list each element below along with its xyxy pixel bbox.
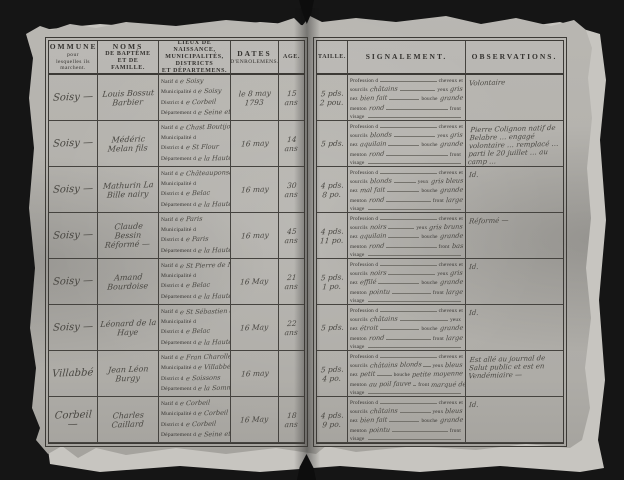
commune-cell: Soisy — — [49, 167, 98, 213]
nez-label: nez — [350, 187, 358, 195]
header-signalement: SIGNALEMENT. — [348, 41, 466, 75]
district-value: e Belac — [185, 281, 210, 291]
municipalite-line: Municipalité d — [161, 272, 228, 282]
yeux-value: gris — [450, 131, 463, 140]
bouche-value: grande — [439, 94, 463, 103]
front-label: front — [450, 427, 461, 435]
blank-rule — [368, 297, 461, 302]
municipalite-label: Municipalité d — [161, 180, 196, 190]
front-value: bas — [451, 241, 463, 250]
natif-label: Natif d — [161, 124, 178, 134]
bouche-value: grande — [439, 186, 463, 195]
natif-label: Natif d — [161, 170, 178, 180]
municipalite-label: Municipalité d — [161, 364, 196, 374]
sourcils-value: châtains — [369, 85, 397, 94]
departement-label: Département d — [161, 293, 196, 303]
front-value: large — [446, 287, 464, 296]
blank-rule — [380, 261, 436, 266]
name-cell: Mathurin La Bille nairy — [98, 167, 159, 213]
natif-value: e St Pierre de Malestroye — [179, 260, 231, 272]
blank-rule — [388, 142, 419, 147]
birthplace-cell: Natif d e St Pierre de Malestroye Munici… — [159, 259, 231, 305]
municipalite-label: Municipalité d — [161, 134, 196, 144]
profession-line: Profession d cheveux et — [350, 77, 463, 85]
blank-rule — [380, 399, 436, 404]
sourcils-value: châtains — [369, 315, 397, 324]
blank-rule — [394, 133, 436, 138]
blank-rule — [389, 418, 419, 423]
departement-value: e la Haute Vienne — [198, 199, 231, 210]
yeux-label: yeux — [416, 224, 427, 232]
menton-line: menton rond front — [350, 150, 463, 159]
district-line: District d e Belac — [161, 189, 228, 200]
sourcils-label: sourcils — [350, 132, 368, 140]
header-age: AGE. — [279, 41, 304, 75]
nez-line: nez aquilain bouche grande — [350, 140, 463, 149]
header-noms: NOMS DE BAPTÊME ET DE FAMILLE. — [98, 41, 159, 75]
menton-label: menton — [350, 381, 367, 389]
municipalite-line: Municipalité d — [161, 180, 228, 190]
district-label: District d — [161, 282, 184, 292]
bouche-label: bouche — [421, 279, 437, 287]
menton-value: rond — [368, 103, 384, 112]
natif-line: Natif d e Corbeil — [161, 399, 228, 410]
visage-label: visage — [350, 159, 364, 167]
menton-label: menton — [350, 427, 367, 435]
header-signalement-title: SIGNALEMENT. — [366, 53, 448, 61]
municipalite-label: Municipalité d — [161, 226, 196, 236]
blank-rule — [386, 151, 448, 156]
blank-rule — [380, 326, 419, 331]
nez-line: nez mal fait bouche grande — [350, 186, 463, 195]
menton-value: rond — [368, 333, 384, 342]
departement-value: e Seine et Oise — [198, 107, 231, 118]
profession-line: Profession d cheveux et — [350, 169, 463, 177]
commune-cell: Soisy — — [49, 305, 98, 351]
signalement-cell: Profession d cheveux et sourcils châtain… — [348, 305, 466, 351]
nez-value: aquilain — [359, 232, 386, 241]
observation-cell: Id. — [466, 167, 563, 213]
district-line: District d e Paris — [161, 235, 228, 246]
yeux-value: bleus — [445, 361, 463, 370]
signalement-cell: Profession d cheveux et sourcils blonds … — [348, 121, 466, 167]
departement-line: Département d e la Haute Vienne — [161, 200, 228, 211]
observation-cell: Id. — [466, 305, 563, 351]
bouche-label: bouche — [394, 371, 410, 379]
visage-line: visage — [350, 343, 463, 351]
natif-value: e Paris — [179, 215, 202, 225]
header-taille: TAILLE. — [317, 41, 348, 75]
district-label: District d — [161, 421, 184, 431]
age-cell — [279, 351, 304, 397]
district-value: e Soissons — [185, 373, 220, 383]
sourcils-line: sourcils châtains yeux — [350, 315, 463, 324]
municipalite-value: e Corbeil — [198, 409, 229, 419]
yeux-value: gris bruns — [429, 223, 463, 232]
blank-rule — [388, 234, 419, 239]
bouche-value: petite moyenne — [412, 370, 464, 380]
sourcils-line: sourcils blonds yeux gris bleus — [350, 177, 463, 186]
nez-value: bien fait — [359, 416, 387, 425]
natif-line: Natif d e Chast Boutijou — [161, 123, 228, 134]
nez-value: petit — [359, 370, 375, 379]
menton-label: menton — [350, 197, 367, 205]
departement-label: Département d — [161, 109, 196, 119]
blank-rule — [400, 87, 436, 92]
menton-line: menton rond front bas — [350, 242, 463, 251]
blank-rule — [380, 215, 436, 220]
departement-value: e Seine et Oise — [198, 429, 231, 440]
blank-rule — [386, 197, 431, 202]
menton-label: menton — [350, 105, 367, 113]
taille-cell: 5 pds. — [317, 305, 348, 351]
natif-value: e Chast Boutijou — [179, 122, 231, 133]
visage-label: visage — [350, 297, 364, 305]
blank-rule — [380, 77, 436, 82]
header-communes: COMMUNES pour lesquelles ils marchent. — [49, 41, 98, 75]
taille-cell: 4 pds. 8 po. — [317, 167, 348, 213]
header-observations: OBSERVATIONS. — [466, 41, 563, 75]
name-cell: Louis Bossut Barbier — [98, 75, 159, 121]
header-taille-title: TAILLE. — [318, 54, 346, 61]
blank-rule — [386, 335, 431, 340]
district-value: e Paris — [185, 235, 208, 245]
district-label: District d — [161, 375, 184, 385]
district-line: District d e Corbeil — [161, 98, 228, 109]
header-noms-sub2: ET DE FAMILLE. — [100, 58, 156, 72]
nez-line: nez effilé bouche grande — [350, 278, 463, 287]
header-communes-sub2: lesquelles ils marchent. — [51, 59, 95, 71]
profession-line: Profession d cheveux et — [350, 399, 463, 407]
blank-rule — [394, 179, 416, 184]
blank-rule — [413, 381, 416, 386]
name-cell: Amand Bourdoise — [98, 259, 159, 305]
departement-value: e la Haute Saône — [198, 245, 231, 256]
bouche-value: grande — [439, 416, 463, 425]
signalement-cell: Profession d cheveux et sourcils noirs y… — [348, 259, 466, 305]
departement-label: Département d — [161, 247, 196, 257]
sourcils-value: blonds — [369, 177, 391, 186]
front-value: marqué de petite vérole — [431, 379, 466, 389]
front-label: front — [433, 197, 444, 205]
blank-rule — [368, 343, 461, 348]
commune-cell: Villabbé — [49, 351, 98, 397]
district-label: District d — [161, 99, 184, 109]
menton-label: menton — [350, 243, 367, 251]
departement-line: Département d e la Haute Vienne — [161, 338, 228, 349]
municipalite-line: Municipalité d e Soisy — [161, 87, 228, 98]
departement-line: Département d e Seine et Oise — [161, 108, 228, 119]
municipalite-line: Municipalité d e Corbeil — [161, 409, 228, 420]
blank-rule — [387, 188, 420, 193]
blank-rule — [368, 389, 461, 394]
profession-line: Profession d cheveux et — [350, 307, 463, 315]
natif-line: Natif d e St Sébastien de Malestroye — [161, 307, 228, 318]
sourcils-line: sourcils blonds yeux gris — [350, 131, 463, 140]
sourcils-label: sourcils — [350, 86, 368, 94]
municipalite-label: Municipalité d — [161, 272, 196, 282]
municipalite-value: e Villabbé — [198, 363, 231, 373]
nez-label: nez — [350, 141, 358, 149]
yeux-value: bleus — [445, 407, 463, 416]
yeux-label: yeux — [418, 178, 429, 186]
sourcils-line: sourcils châtains yeux gris — [350, 85, 463, 94]
visage-line: visage — [350, 251, 463, 259]
header-noms-title: NOMS — [113, 43, 144, 51]
header-dates-title: DATES — [237, 50, 271, 58]
natif-label: Natif d — [161, 78, 178, 88]
birthplace-cell: Natif d e Soisy Municipalité d e Soisy D… — [159, 75, 231, 121]
blank-rule — [392, 427, 448, 432]
district-label: District d — [161, 328, 184, 338]
commune-cell: Soisy — — [49, 259, 98, 305]
header-lieux-line1: LIEUX DE NAISSANCE, — [161, 41, 228, 54]
nez-line: nez étroit bouche grande — [350, 324, 463, 333]
signalement-cell: Profession d cheveux et sourcils châtain… — [348, 75, 466, 121]
visage-label: visage — [350, 435, 364, 443]
bouche-label: bouche — [421, 325, 437, 333]
enrollment-date-cell: 16 May — [231, 397, 279, 443]
nez-label: nez — [350, 95, 358, 103]
blank-rule — [386, 243, 436, 248]
blank-rule — [378, 280, 419, 285]
departement-line: Département d e Seine et Oise — [161, 430, 228, 441]
birthplace-cell: Natif d e Paris Municipalité d District … — [159, 213, 231, 259]
nez-label: nez — [350, 417, 358, 425]
blank-rule — [380, 307, 436, 312]
natif-value: e Châteauponsac — [179, 168, 231, 179]
sourcils-label: sourcils — [350, 408, 368, 416]
menton-value: pointu — [368, 287, 390, 296]
nez-line: nez petit bouche petite moyenne — [350, 370, 463, 379]
district-label: District d — [161, 144, 184, 154]
natif-line: Natif d e Fran Charolle — [161, 353, 228, 364]
observation-cell: Id. — [466, 397, 563, 443]
enrollment-date-cell: 16 May — [231, 259, 279, 305]
municipalite-label: Municipalité d — [161, 88, 196, 98]
blank-rule — [423, 363, 430, 368]
nez-label: nez — [350, 279, 358, 287]
front-label: front — [439, 243, 450, 251]
district-label: District d — [161, 236, 184, 246]
bouche-label: bouche — [421, 187, 437, 195]
municipalite-line: Municipalité d — [161, 134, 228, 144]
departement-label: Département d — [161, 385, 196, 395]
cheveux-label: cheveux et — [439, 307, 463, 315]
visage-label: visage — [350, 389, 364, 397]
departement-label: Département d — [161, 201, 196, 211]
district-value: e St Flour — [185, 143, 219, 153]
left-page-table: COMMUNES pour lesquelles ils marchent. N… — [48, 40, 305, 444]
nez-label: nez — [350, 371, 358, 379]
departement-value: e la Haute Vienne — [198, 337, 231, 348]
profession-label: Profession d — [350, 215, 378, 223]
profession-label: Profession d — [350, 123, 378, 131]
observation-cell: Réformé — — [466, 213, 563, 259]
district-value: e Corbeil — [185, 419, 216, 429]
natif-line: Natif d e Châteauponsac — [161, 169, 228, 180]
nez-line: nez bien fait bouche grande — [350, 416, 463, 425]
profession-label: Profession d — [350, 399, 378, 407]
bouche-label: bouche — [421, 95, 437, 103]
departement-line: Département d e la Haute Vienne — [161, 292, 228, 303]
visage-line: visage — [350, 297, 463, 305]
signalement-cell: Profession d cheveux et sourcils châtain… — [348, 397, 466, 443]
name-cell: Médéric Melan fils — [98, 121, 159, 167]
natif-value: e Fran Charolle — [179, 352, 231, 363]
blank-rule — [368, 435, 461, 440]
header-dates: DATES D'ENROLEMENS. — [231, 41, 279, 75]
bouche-value: grande — [439, 278, 463, 287]
natif-value: e St Sébastien de Malestroye — [179, 306, 231, 318]
district-label: District d — [161, 190, 184, 200]
departement-line: Département d e la Haute Saône — [161, 246, 228, 257]
name-cell: Charles Caillard — [98, 397, 159, 443]
visage-label: visage — [350, 205, 364, 213]
departement-value: e la Haute Loire — [198, 153, 231, 164]
yeux-value: gris — [450, 85, 463, 94]
taille-cell: 5 pds. 2 pou. — [317, 75, 348, 121]
enrollment-date-cell: 16 may — [231, 351, 279, 397]
register-scan-page: COMMUNES pour lesquelles ils marchent. N… — [0, 0, 624, 480]
menton-line: menton pointu front large — [350, 288, 463, 297]
profession-line: Profession d cheveux et — [350, 123, 463, 131]
nez-value: bien fait — [359, 94, 387, 103]
birthplace-cell: Natif d e Châteauponsac Municipalité d D… — [159, 167, 231, 213]
age-cell: 22 ans — [279, 305, 304, 351]
yeux-value: gris — [450, 269, 463, 278]
bouche-label: bouche — [421, 141, 437, 149]
sourcils-value: châtains — [369, 407, 397, 416]
commune-cell: Soisy — — [49, 213, 98, 259]
taille-cell: 5 pds. 4 po. — [317, 351, 348, 397]
departement-label: Département d — [161, 339, 196, 349]
signalement-cell: Profession d cheveux et sourcils blonds … — [348, 167, 466, 213]
profession-label: Profession d — [350, 169, 378, 177]
blank-rule — [400, 317, 449, 322]
front-label: front — [450, 105, 461, 113]
enrollment-date-cell: 16 may — [231, 121, 279, 167]
menton-line: menton pointu front — [350, 426, 463, 435]
menton-value: rond — [368, 149, 384, 158]
natif-line: Natif d e Soisy — [161, 77, 228, 88]
birthplace-cell: Natif d e Corbeil Municipalité d e Corbe… — [159, 397, 231, 443]
bouche-value: grande — [439, 232, 463, 241]
natif-value: e Soisy — [179, 76, 203, 86]
name-cell: Léonard de la Haye — [98, 305, 159, 351]
name-cell: Claude Bessin Réformé — — [98, 213, 159, 259]
visage-line: visage — [350, 435, 463, 443]
age-cell: 18 ans — [279, 397, 304, 443]
departement-line: Département d e la Haute Loire — [161, 154, 228, 165]
age-cell: 45 ans — [279, 213, 304, 259]
age-cell: 14 ans — [279, 121, 304, 167]
sourcils-value: noirs — [369, 269, 386, 278]
front-label: front — [433, 335, 444, 343]
enrollment-date-cell: 16 May — [231, 305, 279, 351]
name-cell: Jean Léon Burgy — [98, 351, 159, 397]
blank-rule — [368, 251, 461, 256]
menton-value: au poil fauve — [368, 379, 411, 388]
right-page-table: TAILLE. SIGNALEMENT. OBSERVATIONS. 5 pds… — [316, 40, 564, 444]
profession-label: Profession d — [350, 261, 378, 269]
district-value: e Corbeil — [185, 97, 216, 107]
nez-line: nez bien fait bouche grande — [350, 94, 463, 103]
municipalite-label: Municipalité d — [161, 410, 196, 420]
signalement-cell: Profession d cheveux et sourcils noirs y… — [348, 213, 466, 259]
district-value: e Belac — [185, 189, 210, 199]
bouche-label: bouche — [421, 417, 437, 425]
blank-rule — [386, 105, 448, 110]
enrollment-date-cell: 16 may — [231, 167, 279, 213]
header-communes-title: COMMUNES — [49, 43, 98, 51]
menton-line: menton au poil fauve front marqué de pet… — [350, 380, 463, 389]
menton-line: menton rond front — [350, 104, 463, 113]
blank-rule — [389, 96, 419, 101]
menton-line: menton rond front large — [350, 334, 463, 343]
taille-cell: 5 pds. 1 po. — [317, 259, 348, 305]
natif-label: Natif d — [161, 400, 178, 410]
sourcils-line: sourcils noirs yeux gris bruns — [350, 223, 463, 232]
enrollment-date-cell: 16 may — [231, 213, 279, 259]
signalement-cell: Profession d cheveux et sourcils châtain… — [348, 351, 466, 397]
district-line: District d e Corbeil — [161, 420, 228, 431]
visage-line: visage — [350, 205, 463, 213]
blank-rule — [380, 353, 436, 358]
natif-line: Natif d e St Pierre de Malestroye — [161, 261, 228, 272]
enrollment-date-cell: le 8 may 1793 — [231, 75, 279, 121]
header-noms-sub1: DE BAPTÊME — [105, 51, 151, 58]
profession-label: Profession d — [350, 307, 378, 315]
birthplace-cell: Natif d e Fran Charolle Municipalité d e… — [159, 351, 231, 397]
blank-rule — [368, 159, 461, 164]
blank-rule — [368, 113, 461, 118]
header-lieux-line3: ET DÉPARTEMENS. — [162, 68, 227, 75]
blank-rule — [388, 271, 435, 276]
natif-label: Natif d — [161, 216, 178, 226]
sourcils-line: sourcils châtains yeux bleus — [350, 407, 463, 416]
visage-label: visage — [350, 113, 364, 121]
commune-cell: Soisy — — [49, 75, 98, 121]
nez-value: mal fait — [359, 186, 385, 195]
taille-cell: 4 pds. 9 po. — [317, 397, 348, 443]
header-age-title: AGE. — [283, 54, 300, 61]
natif-label: Natif d — [161, 354, 178, 364]
nez-label: nez — [350, 325, 358, 333]
departement-label: Département d — [161, 155, 196, 165]
bouche-label: bouche — [421, 233, 437, 241]
front-label: front — [450, 151, 461, 159]
header-observations-title: OBSERVATIONS. — [472, 53, 558, 61]
birthplace-cell: Natif d e Chast Boutijou Municipalité d … — [159, 121, 231, 167]
front-value: large — [446, 333, 464, 342]
profession-label: Profession d — [350, 353, 378, 361]
commune-cell: Soisy — — [49, 121, 98, 167]
nez-value: étroit — [359, 324, 378, 333]
profession-line: Profession d cheveux et — [350, 261, 463, 269]
visage-line: visage — [350, 389, 463, 397]
birthplace-cell: Natif d e St Sébastien de Malestroye Mun… — [159, 305, 231, 351]
sourcils-value: blonds — [369, 131, 391, 140]
menton-line: menton rond front large — [350, 196, 463, 205]
municipalite-value: e Soisy — [198, 87, 222, 97]
header-lieux-line2: MUNICIPALITÉS, DISTRICTS — [161, 54, 228, 68]
commune-cell: Corbeil — — [49, 397, 98, 443]
natif-value: e Corbeil — [179, 398, 210, 408]
observation-cell: Id. — [466, 259, 563, 305]
sourcils-value: noirs — [369, 223, 386, 232]
visage-line: visage — [350, 159, 463, 167]
